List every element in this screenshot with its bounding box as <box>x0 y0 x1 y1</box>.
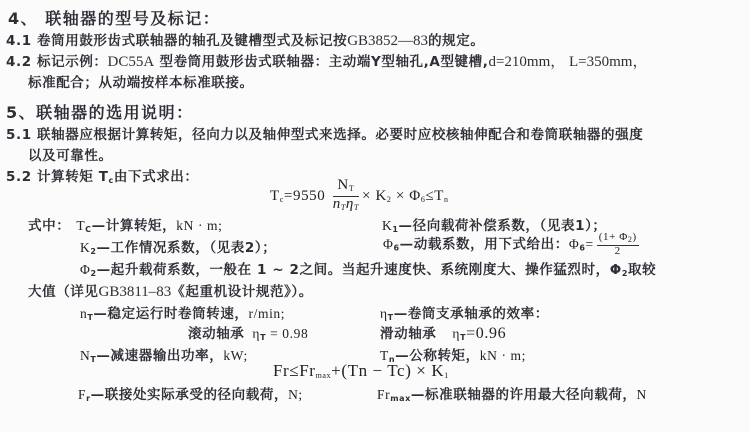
clause-4-1: 4.1 卷筒用鼓形齿式联轴器的轴孔及键槽型式及标记按GB3852—83的规定。 <box>6 29 484 50</box>
def-phi6: Φ6—动载系数，用下式给出：Φ6=(1+ Φ2)2 <box>383 232 642 257</box>
definition-text: —稳定运行时卷筒转速， <box>93 306 248 322</box>
subscript: T <box>349 184 355 193</box>
fraction: NT nTηT <box>333 178 359 215</box>
clause-5-2: 5.2 计算转矩 Tc由下式求出： <box>6 165 198 185</box>
symbol: N <box>80 348 90 363</box>
def-phi2: Φ2—起升载荷系数，一般在 1 ~ 2之间。当起升速度快、系统刚度大、操作猛烈时… <box>80 258 656 278</box>
clause-5-2-end: 由下式求出： <box>114 169 199 185</box>
label: 滚动轴承 <box>188 326 244 342</box>
clause-4-2: 4.2 标记示例：DC55A 型卷筒用鼓形齿式联轴器：主动端Y型轴孔,A型键槽,… <box>6 50 647 71</box>
definition-text: —计算转矩， <box>92 218 177 234</box>
formula-coef: =9550 <box>284 188 325 204</box>
numerator-end: ) <box>632 231 636 243</box>
formula-term: ≤T <box>425 188 444 204</box>
clause-4-2-text: 型卷筒用鼓形齿式联轴器：主动端Y型轴孔,A型键槽, <box>154 54 488 70</box>
formula-term: × Φ <box>396 188 421 204</box>
clause-4-1-text: 4.1 卷筒用鼓形齿式联轴器的轴孔及键槽型式及标记按 <box>6 33 347 49</box>
def-k1: K1—径向载荷补偿系数，（见表1）； <box>382 214 607 234</box>
dimensions: d=210mm， L=350mm， <box>488 54 647 70</box>
subscript: max <box>390 394 411 403</box>
unit: kN · m; <box>480 348 526 363</box>
sliding-bearing: 滑动轴承ηT=0.96 <box>380 322 506 343</box>
formula-symbol: T <box>270 188 280 204</box>
unit: N; <box>288 387 303 402</box>
unit: r/min; <box>249 306 286 321</box>
symbol: η <box>252 326 260 341</box>
def-nt: nT—稳定运行时卷筒转速，r/min; <box>80 302 285 322</box>
symbol: Φ <box>80 262 90 277</box>
label: 滑动轴承 <box>380 326 436 342</box>
symbol: K <box>382 218 392 233</box>
formula-term: × K <box>362 188 387 204</box>
radial-load-formula: Fr≤Frmax+(Tn − Tc) × K1 <box>273 361 449 381</box>
unit: kW; <box>223 348 248 363</box>
section-4-heading: 4、 联轴器的型号及标记： <box>8 6 220 29</box>
value: = 0.98 <box>266 326 308 341</box>
definition-text: —动载系数，用下式给出： <box>400 237 569 253</box>
definition-text: —联接处实际承受的径向载荷， <box>91 387 288 403</box>
def-phi2-line2: 大值（详见GB3811–83《起重机设计规范》）。 <box>28 280 313 301</box>
denominator: 2 <box>597 246 639 257</box>
symbol: Φ <box>383 237 393 252</box>
subscript: 2 <box>387 195 392 204</box>
clause-4-2-label: 4.2 标记示例： <box>6 54 108 70</box>
clause-5-1-line2: 以及可靠性。 <box>28 144 113 164</box>
formula-term: +(Tn − Tc) × K <box>331 361 444 380</box>
subscript: max <box>316 371 332 380</box>
clause-4-1-end: 的规定。 <box>428 33 484 49</box>
denominator-eta: η <box>346 196 354 212</box>
section-5-heading: 5、联轴器的选用说明： <box>6 100 194 123</box>
phi6-fraction: (1+ Φ2)2 <box>597 232 639 257</box>
def-k2: K2—工作情况系数，（见表2）； <box>80 236 276 256</box>
where-label: 式中： <box>28 218 70 234</box>
definition-text-end: 取较 <box>628 262 656 278</box>
def-Nt: NT—减速器输出功率，kW; <box>80 344 248 364</box>
model-code: DC55A <box>108 54 155 70</box>
subscript: n <box>444 195 449 204</box>
definition-text: —减速器输出功率， <box>96 348 223 364</box>
symbol: η <box>380 306 388 321</box>
definition-text: —起升载荷系数，一般在 1 ~ 2之间。当起升速度快、系统刚度大、操作猛烈时，Φ <box>97 262 622 278</box>
def-tc: 式中：TC—计算转矩，kN · m; <box>28 214 222 234</box>
clause-5-2-text: 5.2 计算转矩 T <box>6 169 109 185</box>
value: =0.96 <box>466 325 506 342</box>
rolling-bearing: 滚动轴承ηT = 0.98 <box>188 322 308 342</box>
definition-text: —卷筒支承轴承的效率： <box>394 306 549 322</box>
unit: kN · m; <box>176 218 222 233</box>
numerator: (1+ Φ <box>599 231 628 243</box>
standard-code: GB3852—83 <box>347 33 428 49</box>
denominator: n <box>333 196 341 212</box>
text: 《起重机设计规范》）。 <box>171 284 313 300</box>
clause-4-2-line2: 标准配合；从动端按样本标准联接。 <box>28 71 254 91</box>
unit: N <box>637 387 647 402</box>
def-eta: ηT—卷筒支承轴承的效率： <box>380 302 549 322</box>
definition-text: —标准联轴器的许用最大径向载荷， <box>411 387 637 403</box>
text: 大值（详见 <box>28 284 99 300</box>
torque-formula: Tc=9550 NT nTηT × K2 × Φ6≤Tn <box>270 178 449 215</box>
symbol: Φ <box>569 237 579 252</box>
definition-text: —工作情况系数，（见表2）； <box>97 240 277 256</box>
clause-5-1: 5.1 联轴器应根据计算转矩，径向力以及轴伸型式来选择。必要时应校核轴伸配合和卷… <box>6 123 643 143</box>
standard-code: GB3811–83 <box>99 284 172 300</box>
symbol: K <box>80 240 90 255</box>
subscript: 1 <box>444 371 449 380</box>
numerator: N <box>337 177 348 193</box>
symbol: F <box>78 387 86 402</box>
symbol: T <box>76 218 85 233</box>
formula-term: Fr≤Fr <box>273 361 316 380</box>
subscript: T <box>354 203 359 212</box>
symbol: Fr <box>377 387 390 402</box>
symbol: η <box>452 326 460 341</box>
def-fr: Fr—联接处实际承受的径向载荷，N; <box>78 383 303 403</box>
def-frmax: Frmax—标准联轴器的许用最大径向载荷，N <box>377 383 647 403</box>
